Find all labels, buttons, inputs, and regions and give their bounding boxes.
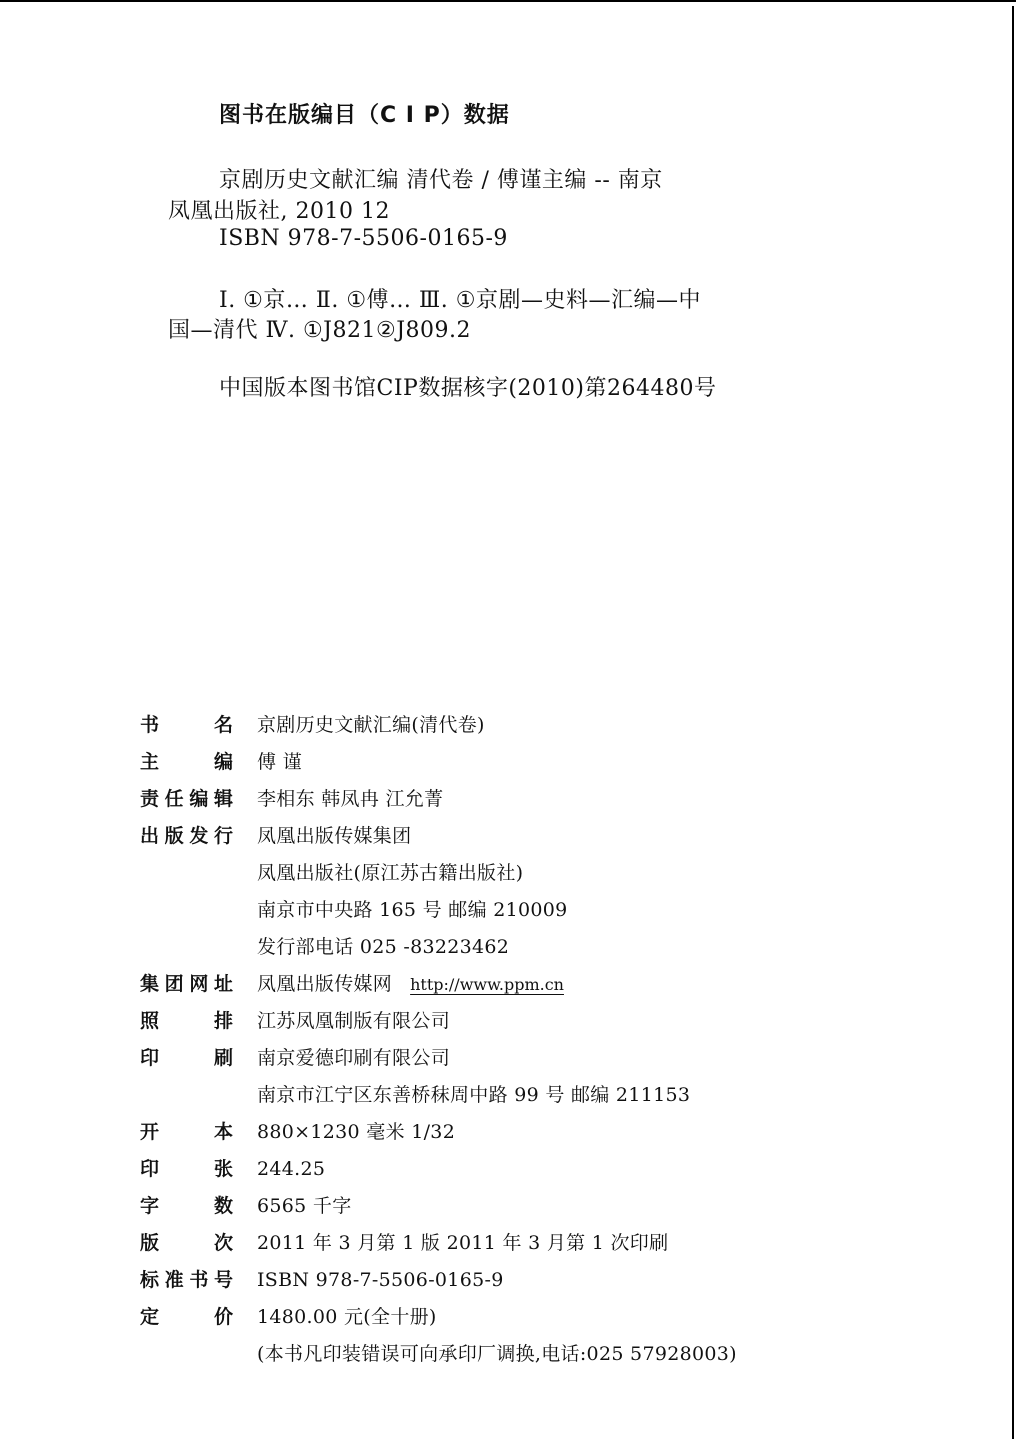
colophon-row-chief-editor: 主编傅 谨	[140, 747, 900, 784]
field-value: (本书凡印装错误可向承印厂调换,电话:025 57928003)	[257, 1339, 737, 1366]
field-value: 凤凰出版传媒网	[257, 969, 392, 996]
label-char: 集	[140, 969, 159, 996]
field-value: 880×1230 毫米 1/32	[257, 1117, 455, 1144]
label-char: 址	[214, 969, 233, 996]
field-value: 2011 年 3 月第 1 版 2011 年 3 月第 1 次印刷	[257, 1228, 668, 1255]
page-border-right	[1012, 6, 1014, 1439]
colophon-row-return-notice: (本书凡印装错误可向承印厂调换,电话:025 57928003)	[140, 1339, 900, 1376]
colophon-row-printing: 印刷南京爱德印刷有限公司	[140, 1043, 900, 1080]
cip-title: 图书在版编目（C I P）数据	[219, 98, 510, 129]
label-char: 张	[214, 1154, 233, 1181]
label-char: 标	[140, 1265, 159, 1292]
label-char: 印	[140, 1043, 159, 1070]
colophon-row-typesetting: 照排江苏凤凰制版有限公司	[140, 1006, 900, 1043]
field-value: 244.25	[257, 1158, 325, 1180]
label-char: 号	[214, 1265, 233, 1292]
label-char: 印	[140, 1154, 159, 1181]
cip-line-classification-2: 国—清代 Ⅳ. ①J821②J809.2	[168, 313, 471, 344]
colophon-row-distribution-phone: 发行部电话 025 -83223462	[140, 932, 900, 969]
colophon-row-price: 定价1480.00 元(全十册)	[140, 1302, 900, 1339]
field-value: 江苏凤凰制版有限公司	[257, 1006, 450, 1033]
field-label: 印张	[140, 1154, 233, 1181]
field-label: 主编	[140, 747, 233, 774]
label-char: 团	[165, 969, 184, 996]
label-char: 任	[165, 784, 184, 811]
label-char: 书	[140, 710, 159, 737]
field-value: 南京爱德印刷有限公司	[257, 1043, 450, 1070]
colophon-row-word-count: 字数6565 千字	[140, 1191, 900, 1228]
colophon-row-isbn: 标准书号ISBN 978-7-5506-0165-9	[140, 1265, 900, 1302]
colophon-row-publisher: 出版发行凤凰出版传媒集团	[140, 821, 900, 858]
label-char: 辑	[214, 784, 233, 811]
label-char: 行	[214, 821, 233, 848]
label-char: 次	[214, 1228, 233, 1255]
label-char: 网	[189, 969, 208, 996]
field-label: 标准书号	[140, 1265, 233, 1292]
field-value: 凤凰出版传媒集团	[257, 821, 411, 848]
label-char: 字	[140, 1191, 159, 1218]
colophon-row-publisher-address: 南京市中央路 165 号 邮编 210009	[140, 895, 900, 932]
website-link[interactable]: http://www.ppm.cn	[410, 975, 564, 994]
cip-line-verification-number: 中国版本图书馆CIP数据核字(2010)第264480号	[219, 371, 716, 402]
label-char: 发	[189, 821, 208, 848]
label-char: 出	[140, 821, 159, 848]
field-value: 6565 千字	[257, 1191, 352, 1218]
label-char: 开	[140, 1117, 159, 1144]
field-label: 照排	[140, 1006, 233, 1033]
field-value: ISBN 978-7-5506-0165-9	[257, 1269, 504, 1291]
label-char: 排	[214, 1006, 233, 1033]
field-label: 集团网址	[140, 969, 233, 996]
colophon-row-printer-address: 南京市江宁区东善桥秣周中路 99 号 邮编 211153	[140, 1080, 900, 1117]
cip-line-title-editor: 京剧历史文献汇编 清代卷 / 傅谨主编 -- 南京	[219, 163, 663, 194]
field-label: 定价	[140, 1302, 233, 1329]
cip-line-classification-1: Ⅰ. ①京… Ⅱ. ①傅… Ⅲ. ①京剧—史料—汇编—中	[219, 283, 701, 314]
field-label: 开本	[140, 1117, 233, 1144]
field-label: 版次	[140, 1228, 233, 1255]
label-char: 责	[140, 784, 159, 811]
field-value: 凤凰出版社(原江苏古籍出版社)	[257, 858, 523, 885]
label-char: 本	[214, 1117, 233, 1144]
field-label: 书名	[140, 710, 233, 737]
label-char: 刷	[214, 1043, 233, 1070]
label-char: 照	[140, 1006, 159, 1033]
field-value: 李相东 韩凤冉 江允菁	[257, 784, 443, 811]
colophon-row-responsible-editors: 责任编辑李相东 韩凤冉 江允菁	[140, 784, 900, 821]
label-char: 编	[214, 747, 233, 774]
field-label: 责任编辑	[140, 784, 233, 811]
field-label: 字数	[140, 1191, 233, 1218]
cip-line-isbn: ISBN 978-7-5506-0165-9	[219, 226, 508, 251]
label-char: 定	[140, 1302, 159, 1329]
colophon-row-format: 开本880×1230 毫米 1/32	[140, 1117, 900, 1154]
label-char: 版	[140, 1228, 159, 1255]
label-char: 准	[165, 1265, 184, 1292]
field-value: 南京市中央路 165 号 邮编 210009	[257, 895, 568, 922]
label-char: 数	[214, 1191, 233, 1218]
field-value: 发行部电话 025 -83223462	[257, 932, 509, 959]
cip-line-publisher-date: 凤凰出版社, 2010 12	[168, 194, 390, 225]
label-char: 价	[214, 1302, 233, 1329]
label-char: 主	[140, 747, 159, 774]
page-border-top	[0, 0, 1016, 2]
label-char: 版	[165, 821, 184, 848]
field-label: 印刷	[140, 1043, 233, 1070]
label-char: 名	[214, 710, 233, 737]
label-char: 编	[189, 784, 208, 811]
field-value: 京剧历史文献汇编(清代卷)	[257, 710, 485, 737]
colophon-row-group-website: 集团网址凤凰出版传媒网http://www.ppm.cn	[140, 969, 900, 1006]
colophon-table: 书名京剧历史文献汇编(清代卷)主编傅 谨责任编辑李相东 韩凤冉 江允菁出版发行凤…	[140, 710, 900, 1376]
colophon-row-publisher-former-name: 凤凰出版社(原江苏古籍出版社)	[140, 858, 900, 895]
field-value: 傅 谨	[257, 747, 302, 774]
colophon-row-printed-sheets: 印张244.25	[140, 1154, 900, 1191]
field-value: 南京市江宁区东善桥秣周中路 99 号 邮编 211153	[257, 1080, 690, 1107]
colophon-row-book-title: 书名京剧历史文献汇编(清代卷)	[140, 710, 900, 747]
colophon-row-edition: 版次2011 年 3 月第 1 版 2011 年 3 月第 1 次印刷	[140, 1228, 900, 1265]
field-value: 1480.00 元(全十册)	[257, 1302, 437, 1329]
field-label: 出版发行	[140, 821, 233, 848]
label-char: 书	[189, 1265, 208, 1292]
